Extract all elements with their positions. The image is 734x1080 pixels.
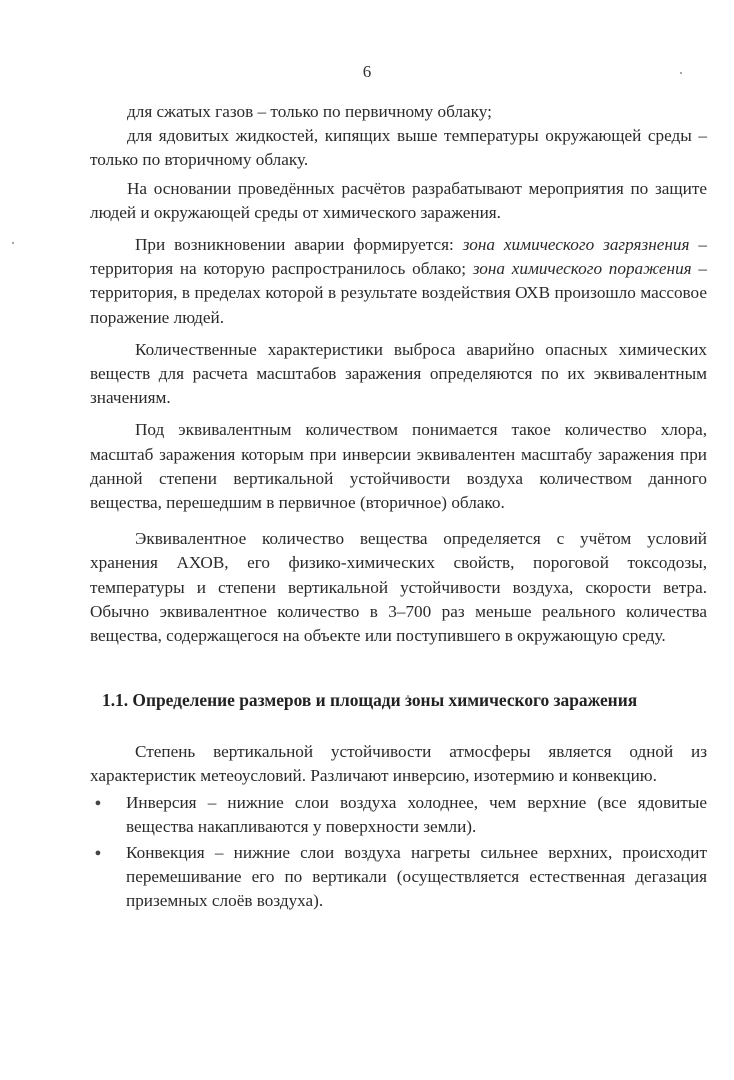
list-item-inversion: ● Инверсия – нижние слои воздуха холодне… <box>90 791 707 839</box>
section-heading: 1.1. Определение размеров и площади зоны… <box>90 688 707 712</box>
term-damage-zone: зона химического поражения <box>473 259 692 278</box>
stability-types-list: ● Инверсия – нижние слои воздуха холодне… <box>90 791 707 914</box>
paragraph-atmosphere-stability: Степень вертикальной устойчивости атмосф… <box>90 740 707 788</box>
page-number: 6 <box>0 62 734 82</box>
paragraph-protection-measures: На основании проведённых расчётов разраб… <box>90 177 707 225</box>
term-contamination-zone: зона химического загрязнения <box>463 235 690 254</box>
paragraph-toxic-liquids: для ядовитых жидкостей, кипящих выше тем… <box>90 124 707 172</box>
paragraph-zones-definition: При возникновении аварии формируется: зо… <box>90 233 707 330</box>
paragraph-equivalent-quantity: Под эквивалентным количеством понимается… <box>90 418 707 515</box>
paragraph-equivalent-amount-determination: Эквивалентное количество вещества опреде… <box>90 527 707 648</box>
list-item-text: Конвекция – нижние слои воздуха нагреты … <box>126 843 707 910</box>
paragraph-compressed-gases: для сжатых газов – только по первичному … <box>90 100 707 124</box>
section-body: Степень вертикальной устойчивости атмосф… <box>90 740 707 913</box>
bullet-icon: ● <box>90 791 106 815</box>
list-item-text: Инверсия – нижние слои воздуха холоднее,… <box>126 793 707 836</box>
paragraph-quantitative-characteristics: Количественные характеристики выброса ав… <box>90 338 707 411</box>
zones-lead-text: При возникновении аварии формируется: <box>135 235 463 254</box>
bullet-icon: ● <box>90 841 106 865</box>
scan-speck <box>680 72 682 74</box>
scan-speck <box>12 242 14 244</box>
document-body: для сжатых газов – только по первичному … <box>90 100 707 914</box>
list-item-convection: ● Конвекция – нижние слои воздуха нагрет… <box>90 841 707 914</box>
